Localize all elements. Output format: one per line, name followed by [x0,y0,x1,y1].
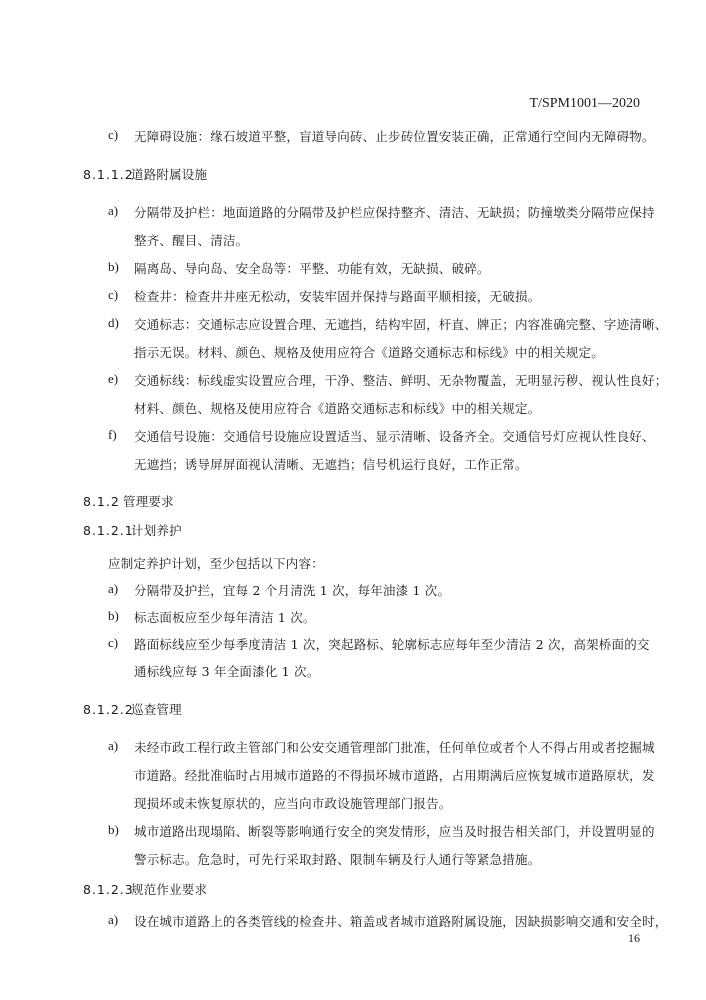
list-item-text: 无障碍设施：缘石坡道平整，盲道导向砖、止步砖位置安装正确，正常通行空间内无障碍物… [134,127,655,145]
list-item-text: 路面标线应至少每季度清洁 1 次，突起路标、轮廓标志应每年至少清洁 2 次，高架… [134,635,650,653]
list-item-text: 标志面板应至少每年清洁 1 次。 [134,608,316,626]
list-label: a) [108,203,118,219]
list-item-text: 检查井：检查井井座无松动，安装牢固并保持与路面平顺相接，无破损。 [134,287,540,305]
list-label: f) [108,427,117,443]
list-item-text: 无遮挡；诱导屏屏面视认清晰、无遮挡；信号机运行良好，工作正常。 [134,455,528,473]
section-number: 8.1.1.2 [83,167,131,182]
list-label: a) [108,912,118,928]
list-item-text: 指示无误。材料、颜色、规格及使用应符合《道路交通标志和标线》中的相关规定。 [134,343,604,361]
list-item-text: 市道路。经批准临时占用城市道路的不得损坏城市道路，占用期满后应恢复城市道路原状，… [134,766,655,784]
list-item-text: 分隔带及护栏：地面道路的分隔带及护栏应保持整齐、清洁、无缺损；防撞墩类分隔带应保… [134,203,655,221]
list-item-text: 整齐、醒目、清洁。 [134,231,248,249]
list-label: a) [108,581,118,597]
list-item-text: 未经市政工程行政主管部门和公安交通管理部门批准，任何单位或者个人不得占用或者挖掘… [134,738,655,756]
section-title: 巡查管理 [131,702,182,717]
list-item-text: 交通标志：交通标志应设置合理、无遮挡，结构牢固，杆直、牌正；内容准确完整、字迹清… [134,315,667,333]
list-item-text: 现损坏或未恢复原状的，应当向市政设施管理部门报告。 [134,794,452,812]
list-item-text: 交通信号设施：交通信号设施应设置适当、显示清晰、设备齐全。交通信号灯应视认性良好… [134,427,655,445]
list-label: c) [108,287,118,303]
section-number: 8.1.2.2 [83,702,131,717]
list-label: c) [108,127,118,143]
section-number: 8.1.2.1 [83,523,131,538]
section-title: 道路附属设施 [131,167,207,182]
list-label: e) [108,371,118,387]
section-title: 规范作业要求 [131,882,207,897]
list-label: b) [108,259,119,275]
list-item-text: 城市道路出现塌陷、断裂等影响通行安全的突发情形，应当及时报告相关部门，并设置明显… [134,822,655,840]
list-item-text: 隔离岛、导向岛、安全岛等：平整、功能有效，无缺损、破碎。 [134,259,490,277]
section-title: 管理要求 [123,494,174,509]
section-heading-8-1-2: 8.1.2管理要求 [83,492,174,510]
list-label: b) [108,608,119,624]
section-number: 8.1.2 [83,494,123,509]
page-number: 16 [628,931,640,946]
list-item-text: 警示标志。危急时，可先行采取封路、限制车辆及行人通行等紧急措施。 [134,850,540,868]
paragraph-intro: 应制定养护计划，至少包括以下内容： [108,554,324,572]
section-heading-8-1-2-2: 8.1.2.2巡查管理 [83,700,182,718]
list-item-text: 材料、颜色、规格及使用应符合《道路交通标志和标线》中的相关规定。 [134,399,540,417]
list-item-text: 交通标线：标线虚实设置应合理，干净、整洁、鲜明、无杂物覆盖，无明显污秽、视认性良… [134,371,667,389]
section-heading-8-1-2-3: 8.1.2.3规范作业要求 [83,880,207,898]
list-label: b) [108,822,119,838]
list-label: a) [108,738,118,754]
list-item-text: 通标线应每 3 年全面漆化 1 次。 [134,662,319,680]
section-heading-8-1-2-1: 8.1.2.1计划养护 [83,521,182,539]
document-id: T/SPM1001—2020 [530,96,640,112]
section-heading-8-1-1-2: 8.1.1.2道路附属设施 [83,165,207,183]
list-label: d) [108,315,119,331]
list-item-text: 设在城市道路上的各类管线的检查井、箱盖或者城市道路附属设施，因缺损影响交通和安全… [134,912,667,930]
section-number: 8.1.2.3 [83,882,131,897]
list-item-text: 分隔带及护拦，宜每 2 个月清洗 1 次，每年油漆 1 次。 [134,581,450,599]
list-label: c) [108,635,118,651]
section-title: 计划养护 [131,523,182,538]
